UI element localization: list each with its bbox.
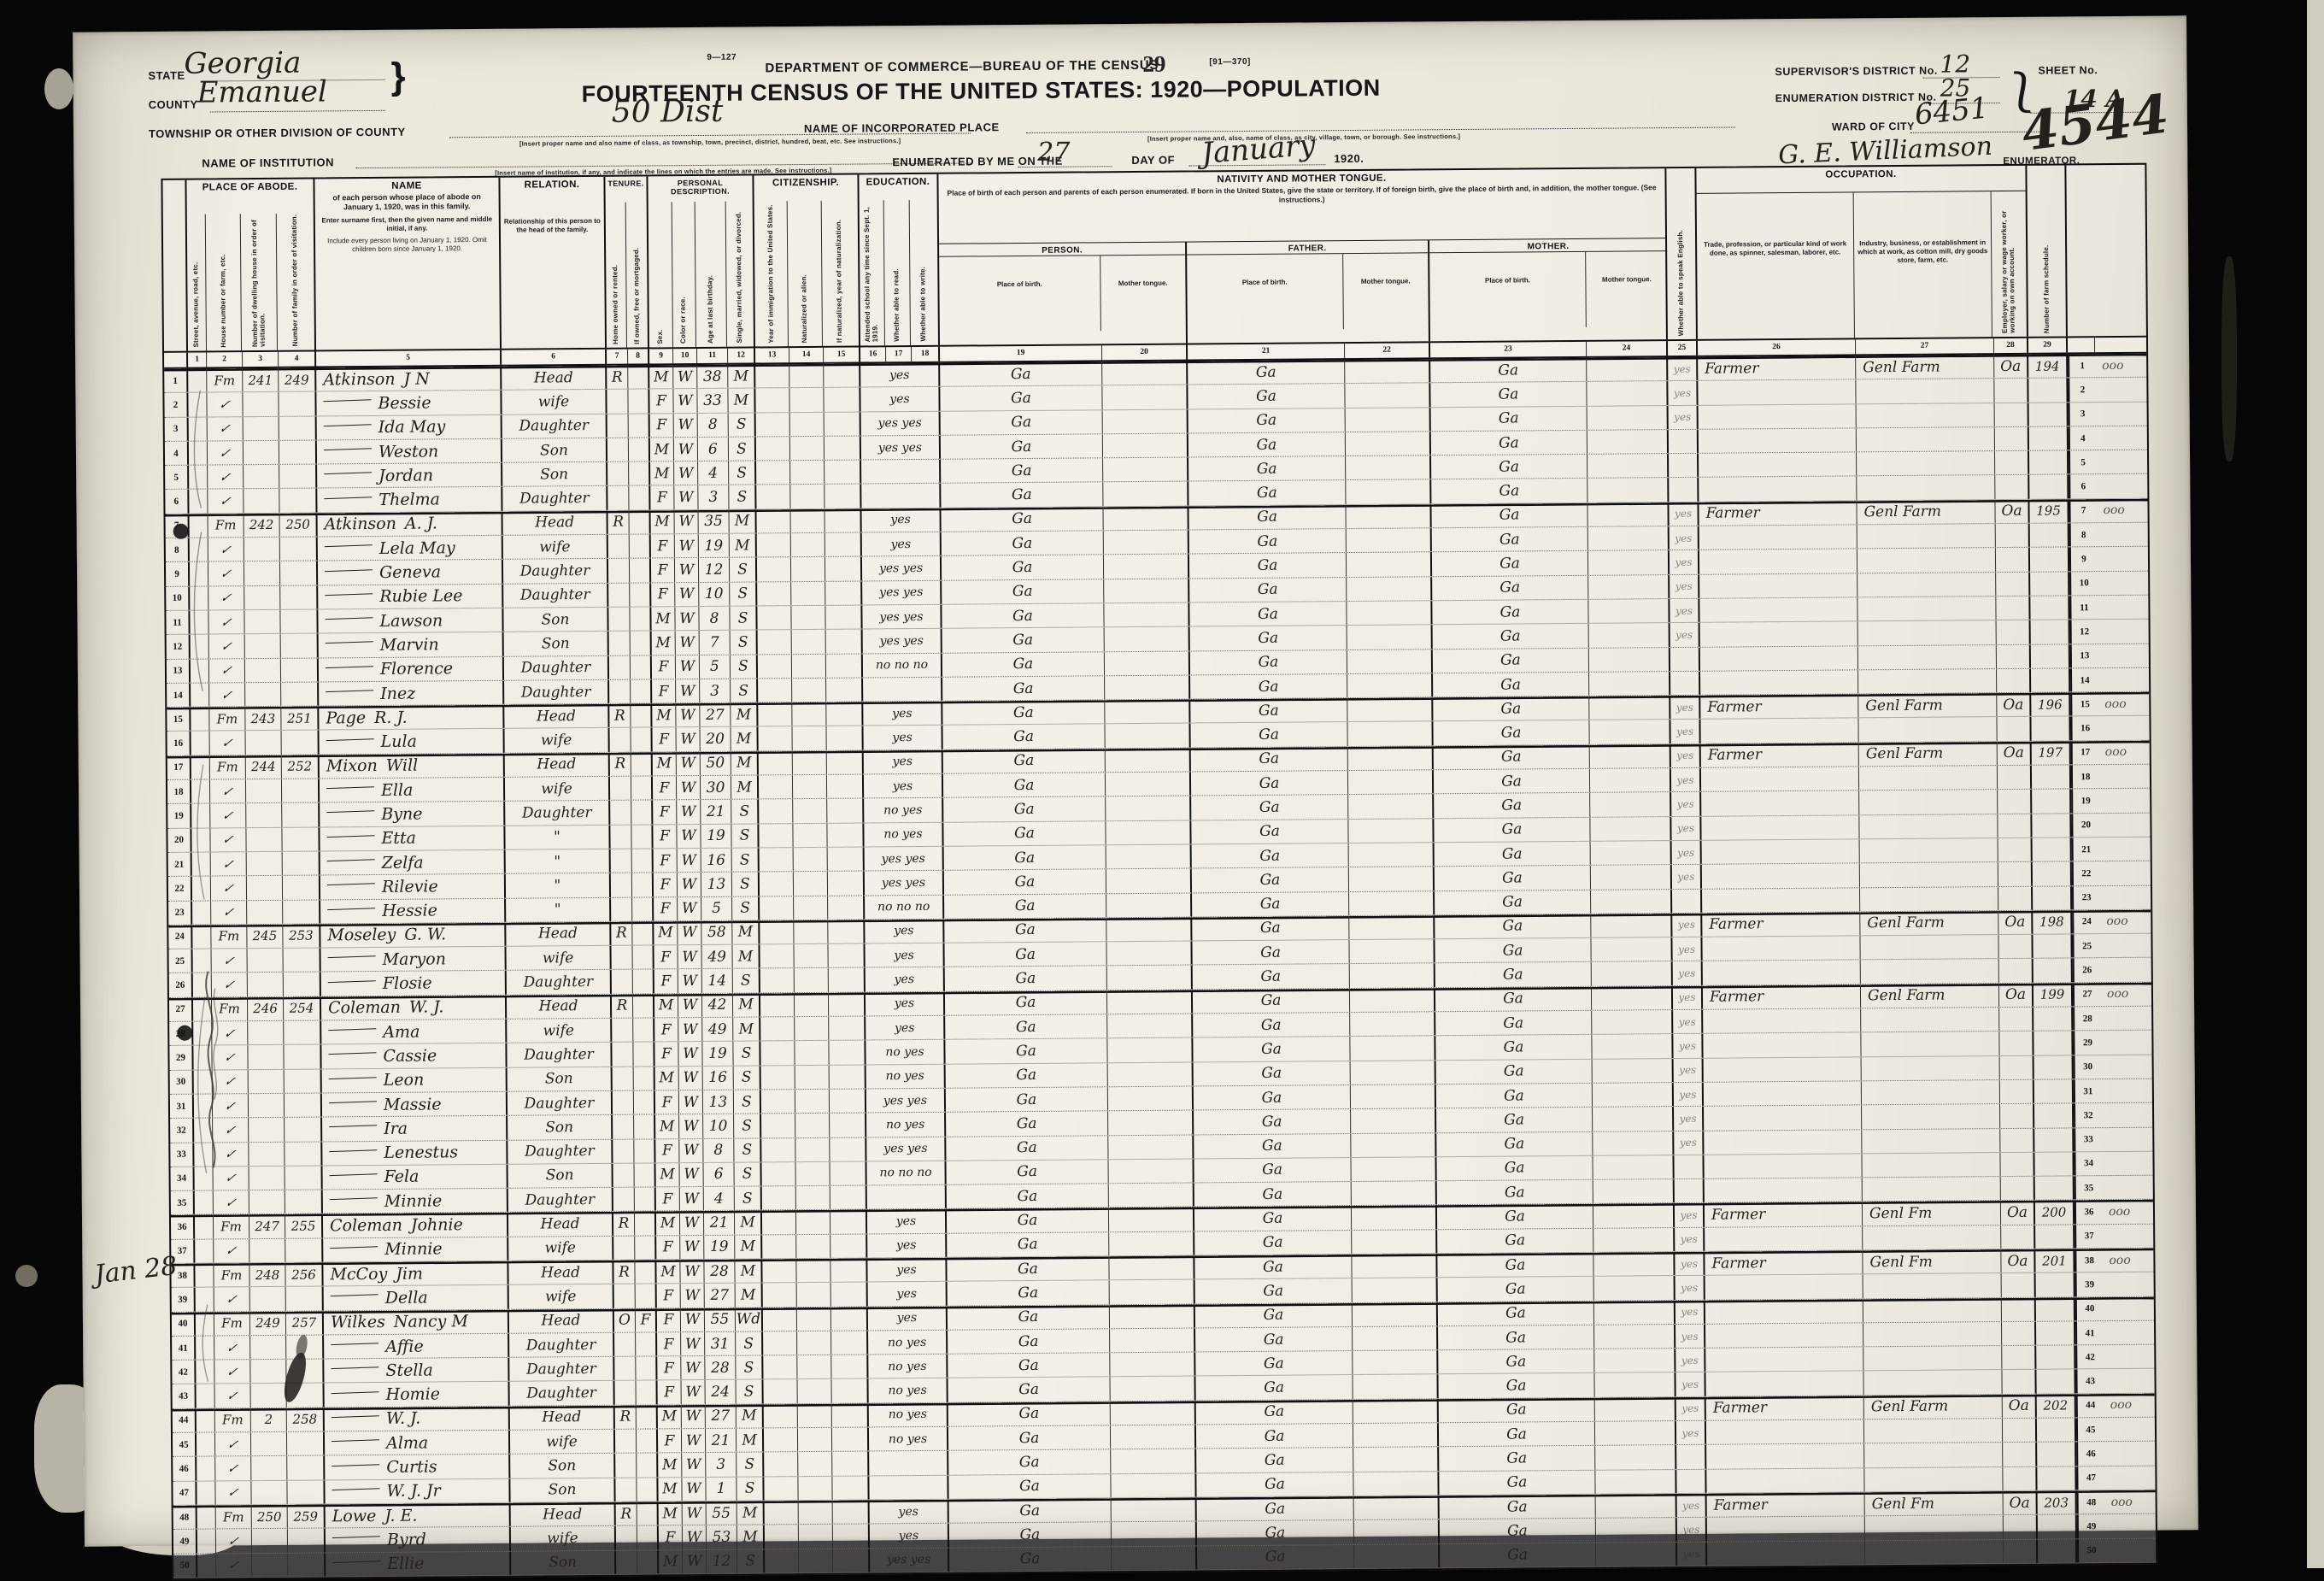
cell-d: 244 <box>246 755 282 779</box>
handwritten-value: M <box>735 513 750 530</box>
pencil-gutter-mark: ooo <box>2104 697 2126 711</box>
cell-sx: M <box>656 1212 680 1236</box>
cell-d <box>250 1287 286 1311</box>
cell-blank <box>1109 1184 1194 1208</box>
cell-blank <box>1589 672 1670 696</box>
given-name: Lawson <box>379 611 443 631</box>
handwritten-value: yes <box>1682 1524 1699 1536</box>
handwritten-value: Daughter <box>520 586 590 604</box>
row-number-left: 18 <box>167 780 191 804</box>
cell-name: PageR. J. <box>319 705 504 730</box>
cell-sx: M <box>650 510 674 534</box>
cell-in <box>1863 1177 2001 1202</box>
handwritten-value: Ga <box>1018 1261 1038 1278</box>
cell-rel: Daughter <box>510 1381 615 1405</box>
cell-fb: Ga <box>1189 529 1347 554</box>
handwritten-value: Ga <box>1261 992 1282 1009</box>
cell-ed: yes <box>867 1258 947 1282</box>
handwritten-value: ✓ <box>222 953 236 968</box>
handwritten-value: M <box>737 755 752 772</box>
handwritten-value: 249 <box>255 1315 280 1331</box>
given-name: Hessie <box>382 902 437 921</box>
cell-a: ✓ <box>212 949 248 973</box>
cell-cr: W <box>676 655 700 679</box>
cell-t7 <box>612 1043 633 1066</box>
handwritten-value: Genl Farm <box>1866 745 1944 763</box>
cell-ac <box>1997 644 2031 668</box>
row-number-left: 43 <box>173 1384 197 1408</box>
cell-ag: 6 <box>698 438 729 461</box>
cell-name: Ellie <box>326 1551 511 1568</box>
row-number-right: 24 <box>2072 910 2099 934</box>
column-number: 8 <box>628 349 649 363</box>
cell-cr: W <box>679 1138 703 1162</box>
cell-ac <box>2001 1225 2035 1249</box>
cell-ag: 27 <box>706 1404 737 1428</box>
cell-en <box>1674 1155 1704 1179</box>
handwritten-value: F <box>661 1094 672 1111</box>
cell-cr: W <box>680 1260 704 1284</box>
cell-fb: Ga <box>1194 1134 1351 1159</box>
cell-en: yes <box>1673 1010 1703 1034</box>
cell-t8 <box>630 559 651 582</box>
cell-t7 <box>608 583 630 606</box>
handwritten-value: ✓ <box>221 880 235 896</box>
cell-f <box>280 561 318 585</box>
cell-fb: Ga <box>1192 916 1349 941</box>
cell-a: Fm <box>214 1215 249 1239</box>
handwritten-value: Ga <box>1019 1430 1040 1447</box>
given-name: Zelfa <box>382 853 424 872</box>
cell-ac <box>1996 524 2030 548</box>
handwritten-value: 200 <box>2042 1204 2067 1220</box>
cell-blank <box>759 775 793 799</box>
handwritten-value: yes yes <box>878 440 922 454</box>
cell-blank <box>192 901 211 924</box>
given-name: Florence <box>380 659 453 679</box>
cell-blank <box>791 606 825 630</box>
cell-oc: Farmer <box>1701 743 1859 767</box>
cell-blank <box>755 388 789 412</box>
cell-name: Lula <box>320 729 505 754</box>
cell-pb: Ga <box>948 1281 1110 1306</box>
handwritten-value: Genl Farm <box>1871 1398 1949 1416</box>
col2-label: House number or farm, etc. <box>220 254 228 347</box>
cell-rel: Daughter <box>507 970 612 994</box>
cell-blank <box>1112 1497 1197 1521</box>
handwritten-value: R <box>617 997 628 1014</box>
cell-en: yes <box>1674 1058 1704 1082</box>
handwritten-value: S <box>742 1044 752 1061</box>
cell-d <box>245 658 281 682</box>
given-name: Homie <box>386 1385 441 1404</box>
cell-ag: 19 <box>702 1042 733 1066</box>
cell-ac <box>2000 1153 2034 1177</box>
cell-ac <box>2003 1443 2037 1466</box>
cell-d <box>251 1432 287 1456</box>
cell-cr: W <box>681 1332 705 1356</box>
cell-a: ✓ <box>208 610 244 634</box>
cell-name: Thelma <box>317 487 502 512</box>
cell-blank <box>794 848 828 872</box>
handwritten-value: Head <box>538 926 578 943</box>
cell-t8 <box>630 535 651 558</box>
column-number: 19 <box>940 345 1102 361</box>
cell-fn <box>2037 1466 2076 1490</box>
cell-blank <box>193 973 212 996</box>
cell-fn <box>2030 548 2069 572</box>
cell-mb: Ga <box>1436 1084 1593 1108</box>
cell-t7 <box>612 970 633 993</box>
cell-blank <box>796 1235 830 1259</box>
cell-mr: M <box>735 1211 762 1235</box>
row-number-left: 49 <box>173 1530 197 1554</box>
handwritten-value: Ga <box>1012 510 1032 527</box>
cell-mr: S <box>733 969 760 993</box>
given-name: Della <box>385 1288 428 1307</box>
cell-fn: 199 <box>2033 983 2073 1007</box>
cell-f <box>288 1553 326 1568</box>
cell-blank <box>1106 773 1191 796</box>
handwritten-value: 251 <box>287 710 312 726</box>
cell-blank <box>1348 746 1434 770</box>
cell-d <box>246 803 282 827</box>
cell-in <box>1863 1371 2002 1396</box>
cell-blank <box>1593 1228 1675 1252</box>
cell-pb: Ga <box>942 676 1105 701</box>
handwritten-value: 249 <box>285 372 309 387</box>
cell-t7 <box>609 632 631 655</box>
cell-rel: Son <box>502 438 607 462</box>
row-number-left: 5 <box>165 466 189 490</box>
handwritten-value: Ga <box>1259 774 1280 791</box>
cell-pb: Ga <box>942 652 1105 677</box>
cell-t7 <box>608 535 630 558</box>
cell-cr: W <box>677 800 701 824</box>
county-line <box>210 110 385 113</box>
cell-rel: wife <box>508 1237 613 1261</box>
cell-ag: 4 <box>698 461 729 485</box>
cell-a: ✓ <box>214 1190 249 1214</box>
cell-blank <box>797 1307 831 1331</box>
handwritten-value: W <box>680 755 695 772</box>
cell-blank <box>1348 770 1434 794</box>
cell-d <box>244 538 280 561</box>
handwritten-value: W <box>682 949 697 966</box>
cell-ac <box>2004 1515 2038 1539</box>
cell-oc <box>1699 525 1857 550</box>
handwritten-value: S <box>742 1166 753 1183</box>
cell-mb: Ga <box>1435 866 1591 890</box>
cell-ac: Oa <box>1998 742 2032 766</box>
cell-rel: Son <box>503 608 608 632</box>
handwritten-value: M <box>741 1286 756 1303</box>
cell-ag: 35 <box>698 510 729 534</box>
cell-d <box>245 634 281 658</box>
cell-t7 <box>609 655 631 679</box>
cell-mb: Ga <box>1434 769 1590 794</box>
handwritten-value: 27 <box>710 1287 729 1304</box>
row-number-left: 24 <box>168 926 192 949</box>
handwritten-value: W <box>679 561 695 579</box>
ditto-mark <box>332 1391 379 1394</box>
cell-en: yes <box>1677 1494 1707 1518</box>
cell-fb: Ga <box>1191 820 1348 844</box>
handwritten-value: F <box>660 828 670 845</box>
column-number: 10 <box>673 349 697 363</box>
handwritten-value: yes <box>898 1505 918 1519</box>
cell-mb: Ga <box>1431 431 1587 455</box>
cell-pb: Ga <box>943 821 1106 846</box>
handwritten-value: ✓ <box>223 1026 237 1041</box>
group-title: TENURE. <box>605 176 646 187</box>
handwritten-value: Ga <box>1016 994 1036 1011</box>
handwritten-value: Farmer <box>1713 1400 1767 1417</box>
handwritten-value: 198 <box>2039 914 2064 930</box>
handwritten-value: Genl Fm <box>1869 1205 1933 1223</box>
cell-sx: F <box>657 1308 681 1332</box>
handwritten-value: 1 <box>716 1480 725 1497</box>
row-number-right: 33 <box>2074 1128 2101 1152</box>
cell-fb: Ga <box>1194 1206 1352 1231</box>
film-artifact <box>15 1265 38 1287</box>
handwritten-value: Ga <box>1016 1090 1036 1108</box>
cell-ed: no yes <box>866 1064 946 1088</box>
cell-ed: yes yes <box>865 871 944 895</box>
given-name: Cassie <box>383 1046 437 1065</box>
cell-t8 <box>631 728 652 751</box>
cell-pb: Ga <box>941 507 1103 532</box>
row-number-right: 12 <box>2070 620 2098 644</box>
cell-rel: Head <box>506 922 611 946</box>
cell-blank <box>1346 455 1431 479</box>
handwritten-value: Oa <box>2000 357 2021 374</box>
cell-ed <box>869 1475 948 1499</box>
handwritten-value: yes <box>1680 1113 1697 1125</box>
cell-blank <box>1590 792 1671 816</box>
row-number-left: 25 <box>169 949 193 973</box>
cell-ac: Oa <box>1995 500 2029 524</box>
handwritten-value: " <box>555 901 561 918</box>
handwritten-value: 196 <box>2038 696 2063 712</box>
cell-mr: S <box>734 1066 761 1090</box>
cell-t7: R <box>615 1405 637 1428</box>
cell-blank <box>190 562 208 585</box>
cell-ac <box>2002 1370 2036 1394</box>
handwritten-value: yes yes <box>879 610 923 624</box>
row-number-right: 25 <box>2072 934 2099 958</box>
cell-name: McCoyJim <box>323 1261 508 1286</box>
handwritten-value: Fm <box>221 1315 243 1331</box>
cell-blank <box>1353 1278 1438 1302</box>
cell-blank <box>827 775 864 799</box>
row-number-right: 5 <box>2069 450 2096 474</box>
cell-d <box>243 392 279 416</box>
handwritten-value: Ga <box>1506 1378 1527 1395</box>
cell-blank <box>831 1307 868 1331</box>
cell-blank <box>1110 1280 1195 1304</box>
cell-a: Fm <box>214 1312 250 1336</box>
cell-blank <box>1347 626 1433 649</box>
cell-mr: M <box>733 1017 760 1041</box>
handwritten-value: 253 <box>289 928 314 943</box>
cell-fn: 197 <box>2032 741 2071 765</box>
cell-fn: 201 <box>2035 1249 2075 1272</box>
given-name: W. J. Jr <box>386 1482 440 1501</box>
enumerated-day: 27 <box>1037 138 1070 168</box>
ditto-mark <box>325 593 373 596</box>
cell-pb: Ga <box>942 725 1105 749</box>
cell-en: yes <box>1674 1083 1704 1107</box>
cell-cr: W <box>673 389 697 413</box>
handwritten-value: Ga <box>1261 1041 1282 1058</box>
cell-t7 <box>610 801 631 824</box>
handwritten-value: 8 <box>709 609 719 626</box>
cell-blank <box>758 630 792 654</box>
cell-fb: Ga <box>1190 650 1347 675</box>
row-number-right: 2 <box>2068 378 2095 402</box>
cell-blank <box>830 1234 867 1258</box>
cell-fn <box>2034 1055 2074 1079</box>
cell-mr: S <box>733 1042 760 1066</box>
handwritten-value: Ga <box>1018 1332 1039 1349</box>
handwritten-value: no yes <box>888 1360 926 1373</box>
cell-f <box>279 489 317 513</box>
cell-mb: Ga <box>1432 600 1588 625</box>
ditto-mark <box>323 400 371 403</box>
pencil-gutter-mark: ooo <box>2103 503 2124 517</box>
handwritten-value: 38 <box>703 367 722 385</box>
handwritten-value: Ga <box>1260 943 1281 961</box>
cell-en: yes <box>1677 1518 1707 1542</box>
cell-fn <box>2029 403 2069 426</box>
cell-blank <box>1593 1059 1674 1083</box>
cell-blank <box>1106 748 1191 772</box>
cell-a: ✓ <box>215 1432 251 1456</box>
cell-f <box>280 538 318 561</box>
cell-fn <box>2034 1128 2074 1152</box>
surname: McCoy <box>330 1265 387 1284</box>
cell-blank <box>1596 1543 1677 1566</box>
handwritten-value: Ga <box>1261 1016 1282 1033</box>
cell-fn <box>2036 1346 2075 1370</box>
cell-ag: 16 <box>701 849 732 873</box>
cell-pb: Ga <box>949 1522 1112 1547</box>
sheet-label: SHEET No. <box>2038 64 2098 77</box>
cell-rel: Son <box>502 462 607 486</box>
cell-fn <box>2031 717 2070 741</box>
handwritten-value: 250 <box>285 517 310 532</box>
col16-label: Attended school any time since Sept. 1, … <box>864 200 880 342</box>
handwritten-value: F <box>658 561 668 579</box>
handwritten-value: M <box>742 1528 758 1545</box>
cell-blank <box>756 413 790 437</box>
handwritten-value: Ga <box>1260 920 1281 937</box>
state-label: STATE <box>148 69 185 82</box>
handwritten-value: yes yes <box>883 1093 927 1107</box>
cell-ag: 19 <box>701 824 731 848</box>
cell-f <box>280 585 318 609</box>
cell-mr: M <box>733 993 760 1017</box>
ditto-mark <box>327 859 375 861</box>
cell-cr: W <box>677 776 701 800</box>
handwritten-value: M <box>660 1118 675 1135</box>
handwritten-value: 5 <box>712 900 721 917</box>
cell-blank <box>795 1017 829 1041</box>
row-number-right: 15 <box>2070 692 2098 716</box>
cell-fn <box>2030 572 2069 596</box>
cell-f <box>286 1287 324 1311</box>
cell-name: Hessie <box>320 898 506 923</box>
cell-ag: 5 <box>700 655 731 679</box>
handwritten-value: W <box>681 803 696 820</box>
cell-a: ✓ <box>214 1287 250 1311</box>
cell-blank <box>191 659 209 682</box>
cell-d <box>249 1190 285 1214</box>
cell-fb: Ga <box>1195 1303 1353 1328</box>
cell-fn: 200 <box>2035 1201 2075 1225</box>
handwritten-value: ✓ <box>220 687 234 702</box>
handwritten-value: Ga <box>1263 1307 1283 1324</box>
cell-f <box>286 1335 324 1359</box>
row-number-left: 33 <box>170 1143 194 1167</box>
cell-ac <box>1998 790 2032 814</box>
cell-ag: 8 <box>703 1138 734 1162</box>
cell-f <box>286 1360 324 1384</box>
cell-in <box>1861 1031 1999 1056</box>
cell-cr: W <box>682 1453 706 1477</box>
cell-cr: W <box>681 1308 705 1332</box>
handwritten-value: W <box>681 852 696 869</box>
cell-blank <box>1105 700 1190 724</box>
cell-t8 <box>629 438 650 461</box>
handwritten-value: yes yes <box>887 1553 930 1566</box>
row-number-right: 6 <box>2069 475 2096 499</box>
given-name: Massie <box>384 1095 442 1114</box>
cell-ed: yes <box>866 1016 945 1040</box>
ditto-mark <box>326 666 373 668</box>
cell-sx: M <box>650 461 674 485</box>
cell-ed: yes <box>863 726 942 749</box>
cell-oc <box>1704 1106 1862 1131</box>
col26-label: Trade, profession, or particular kind of… <box>1697 192 1855 338</box>
handwritten-value: yes <box>1678 919 1695 931</box>
cell-blank <box>1103 433 1188 457</box>
cell-blank <box>195 1191 214 1214</box>
cell-blank <box>1351 1108 1436 1132</box>
handwritten-value: Ga <box>1265 1549 1286 1566</box>
cell-blank <box>1349 843 1435 867</box>
handwritten-value: W <box>682 900 697 917</box>
handwritten-value: Head <box>535 514 574 532</box>
pencil-gutter-mark: ooo <box>2111 1495 2133 1508</box>
cell-blank <box>191 780 210 803</box>
col11-label: Age at last birthday. <box>707 275 714 344</box>
cell-cr: W <box>678 897 701 921</box>
cell-ag: 5 <box>701 896 732 920</box>
cell-mb: Ga <box>1433 624 1589 649</box>
cell-name: Inez <box>319 681 504 706</box>
handwritten-value: Ga <box>1259 847 1280 864</box>
cell-a: ✓ <box>213 1118 249 1142</box>
handwritten-value: W <box>686 1456 701 1473</box>
handwritten-value: M <box>738 1020 754 1037</box>
cell-rel: Daughter <box>502 486 607 510</box>
nativity-note: Place of birth of each person and parent… <box>939 181 1665 209</box>
cell-ag: 6 <box>703 1162 734 1186</box>
cell-blank <box>827 750 864 774</box>
cell-blank <box>1587 503 1669 526</box>
